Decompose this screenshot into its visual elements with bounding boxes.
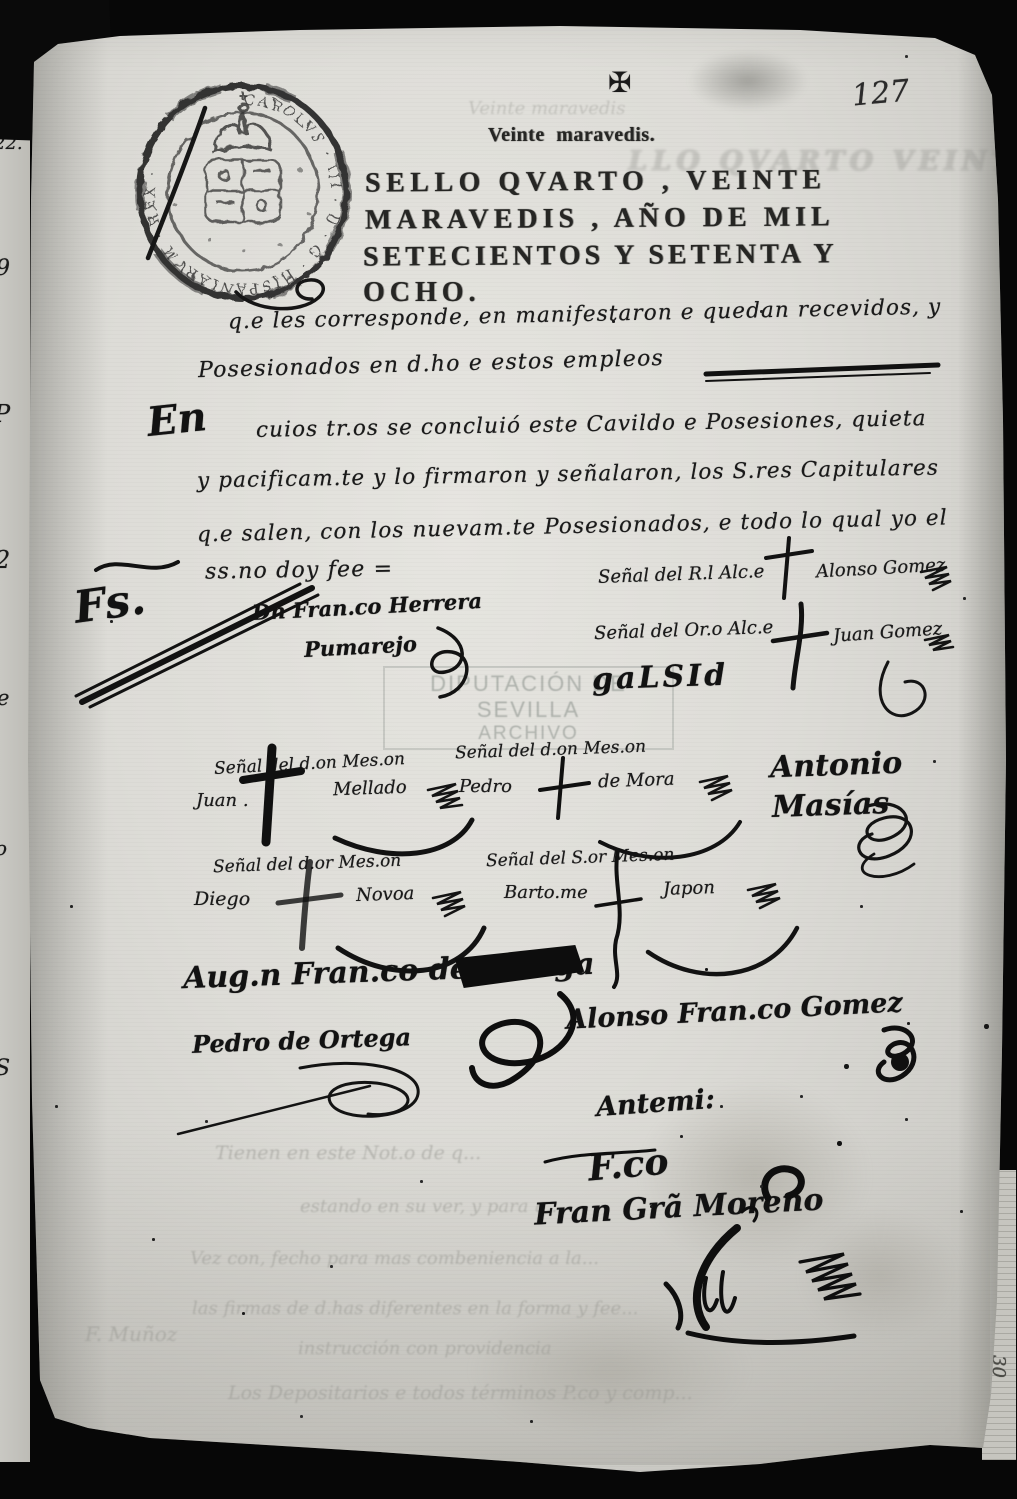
manuscript-line: q.e salen, con los nuevam.te Posesionado… bbox=[197, 505, 948, 547]
witness-label: Señal del S.or Mes.on bbox=[486, 845, 675, 872]
printed-heading-line: SETECIENTOS Y SETENTA Y bbox=[363, 238, 838, 273]
rubrica-masias bbox=[859, 804, 914, 877]
alcalde-real-label: Señal del R.l Alc.e bbox=[598, 561, 765, 588]
alcalde-ord-label: Señal del Or.o Alc.e bbox=[594, 617, 774, 644]
seal-texture bbox=[0, 128, 312, 252]
signature-moreno: Fran Grã Moreno bbox=[533, 1182, 824, 1232]
manuscript-line: Posesionados en d.ho e estos empleos bbox=[198, 346, 665, 383]
notary-initial: Fs. bbox=[71, 573, 149, 633]
signature-moreno-initial: F.co bbox=[586, 1141, 670, 1190]
gutter-ink-mark: 2 bbox=[0, 546, 10, 574]
filler-dash bbox=[706, 365, 938, 381]
gutter-ink-mark: 9 bbox=[0, 256, 10, 281]
stain bbox=[470, 1300, 750, 1440]
witness-label: Señal del d.on Mes.on bbox=[214, 749, 406, 779]
bleed-through-text: instrucción con providencia bbox=[298, 1338, 552, 1359]
gutter-ink-mark: P bbox=[0, 400, 10, 428]
stain bbox=[640, 1080, 870, 1270]
bleed-through-text: estando en su ver, y para q... bbox=[300, 1196, 563, 1217]
paper-page: Veinte maravedis LLO QVARTO VEINTE Tiene… bbox=[0, 0, 1017, 1499]
watermark-line2: ARCHIVO bbox=[385, 723, 672, 745]
gutter-ink-mark: e bbox=[0, 686, 9, 710]
notary-signature: Dn Fran.co Herrera bbox=[252, 588, 483, 625]
notary-flourish bbox=[76, 562, 467, 707]
royal-seal-stamp: CAROLVS · III · D · G · HISPANIARVM · RE… bbox=[0, 86, 346, 298]
alcalde-real-name: Alonso Gomez bbox=[816, 555, 946, 583]
seal-rubric-curl bbox=[236, 280, 323, 309]
bleed-through-text: LLO QVARTO VEINTE bbox=[628, 146, 1017, 177]
witness-first-name: Diego bbox=[194, 888, 250, 910]
rubrica-tail bbox=[335, 820, 797, 974]
witness-first-name: Pedro bbox=[459, 776, 512, 797]
stain bbox=[688, 50, 808, 112]
witness-surname: Mellado bbox=[333, 777, 407, 801]
bleed-through-text: las firmas de d.has diferentes en la for… bbox=[192, 1298, 638, 1319]
seal-legend: CAROLVS · III · D · G · HISPANIARVM · RE… bbox=[143, 92, 343, 296]
rubrica-zigzag bbox=[921, 567, 953, 650]
printed-tax-line: Veinte maravedis. bbox=[488, 124, 655, 147]
ante-mi: Antemi: bbox=[595, 1084, 716, 1123]
alcalde-ord-name: Juan Gomez bbox=[832, 618, 942, 647]
signature-antonio: Antonio bbox=[769, 746, 902, 786]
bleed-through-text: Los Depositarios e todos términos P.co y… bbox=[228, 1382, 693, 1404]
ink-strokes-overlay: CAROLVS · III · D · G · HISPANIARVM · RE… bbox=[0, 0, 1017, 1499]
witness-label: Señal del d.on Mes.on bbox=[455, 737, 647, 764]
witness-first-name: Barto.me bbox=[504, 882, 588, 903]
signature-alonso-gomez: Alonso Fran.co Gomez bbox=[565, 987, 903, 1036]
rubrica-ortega-agustin bbox=[454, 945, 584, 1086]
stain bbox=[800, 1210, 960, 1340]
witness-surname: de Mora bbox=[598, 769, 675, 793]
folio-number: 127 bbox=[851, 74, 911, 114]
manuscript-initial: En bbox=[145, 393, 209, 446]
gutter-ink-mark: S bbox=[0, 1056, 10, 1081]
witness-cross-icon bbox=[243, 748, 641, 987]
rubrica-curl bbox=[880, 662, 925, 716]
gutter-ink-mark: o bbox=[0, 836, 7, 860]
manuscript-line: ss.no doy fee = bbox=[205, 556, 394, 584]
seal-crown-icon bbox=[212, 92, 274, 152]
printed-heading-line: SELLO QVARTO , VEINTE bbox=[365, 164, 827, 199]
rubrica-zigzag bbox=[428, 776, 780, 916]
practice-scrawl: gaLSId bbox=[591, 658, 728, 698]
scanned-page: 22. 9 P 2 e o S 30 Veinte maravedis LLO … bbox=[0, 0, 1017, 1499]
witness-surname: Japon bbox=[663, 877, 716, 900]
witness-surname: Novoa bbox=[356, 883, 415, 906]
seal-shield-icon bbox=[206, 160, 280, 222]
signature-pedro-ortega: Pedro de Ortega bbox=[192, 1022, 412, 1059]
manuscript-line: q.e les corresponde, en manifestaron e q… bbox=[228, 295, 942, 335]
bleed-through-text: F. Muñoz bbox=[85, 1322, 177, 1346]
witness-first-name: Juan . bbox=[196, 790, 249, 811]
ink-specks bbox=[0, 0, 3, 3]
rubrica-moreno bbox=[545, 1150, 860, 1342]
signature-cross-icon bbox=[766, 538, 827, 688]
signature-antonio: Masías bbox=[771, 786, 889, 825]
manuscript-line: cuios tr.os se concluió este Cavildo e P… bbox=[256, 406, 927, 443]
watermark-line1: DIPUTACIÓN DE SEVILLA bbox=[385, 671, 672, 723]
printed-heading-line: OCHO. bbox=[363, 277, 481, 309]
svg-text:CAROLVS · III · D · G · HISPAN: CAROLVS · III · D · G · HISPANIARVM · RE… bbox=[143, 92, 343, 296]
archive-watermark: DIPUTACIÓN DE SEVILLA ARCHIVO bbox=[383, 666, 674, 750]
gutter-shadow bbox=[28, 40, 108, 1440]
notary-signature: Pumarejo bbox=[303, 631, 417, 662]
bleed-through-text: Veinte maravedis bbox=[468, 98, 625, 119]
top-cross-icon: ✠ bbox=[608, 66, 631, 99]
bottom-tone bbox=[30, 1120, 990, 1465]
signature-agustin-ortega: Aug.n Fran.co de Ortega bbox=[183, 947, 596, 996]
witness-label: Señal del d.or Mes.on bbox=[213, 851, 402, 878]
seal-cancel-slash bbox=[148, 108, 205, 258]
bleed-through-text: Tienen en este Not.o de q... bbox=[215, 1142, 481, 1164]
rubrica-gomez bbox=[878, 1028, 914, 1080]
manuscript-line: y pacificam.te y lo firmaron y señalaron… bbox=[197, 456, 939, 494]
rubrica-ortega-pedro bbox=[178, 1063, 418, 1134]
printed-heading-line: MARAVEDIS , AÑO DE MIL bbox=[365, 201, 835, 236]
bleed-through-text: Vez con, fecho para mas combeniencia a l… bbox=[190, 1248, 599, 1269]
